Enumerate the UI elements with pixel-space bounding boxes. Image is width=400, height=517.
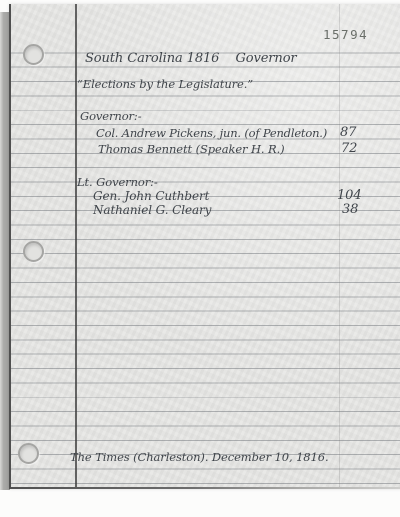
punch-hole-bottom [18,443,39,464]
page-subtitle: “Elections by the Legislature.” [77,77,253,91]
candidate-name: Thomas Bennett (Speaker H. R.) [98,142,285,156]
punch-hole-middle [23,241,44,262]
page-title: South Carolina 1816 Governor [85,51,297,66]
section-heading-lt-governor: Lt. Governor:- [77,175,158,189]
punch-hole-top [23,44,44,65]
vote-count: 72 [341,141,357,156]
vote-count: 104 [337,188,362,203]
candidate-name: Nathaniel G. Cleary [93,203,211,217]
ruled-lines [11,39,400,491]
notebook-sheet: 15794 South Carolina 1816 Governor “Elec… [9,4,400,489]
page-bottom-edge [11,487,400,489]
section-heading-governor: Governor:- [80,109,142,123]
candidate-name: Col. Andrew Pickens, jun. (of Pendleton.… [96,126,327,140]
vote-count: 87 [340,125,356,140]
paper-crease [339,4,340,487]
catalog-stamp-number: 15794 [323,27,368,42]
candidate-name: Gen. John Cuthbert [93,189,209,203]
source-citation: The Times (Charleston). December 10, 181… [70,450,329,464]
vote-count: 38 [342,202,358,217]
scanned-document: 15794 South Carolina 1816 Governor “Elec… [0,0,400,517]
